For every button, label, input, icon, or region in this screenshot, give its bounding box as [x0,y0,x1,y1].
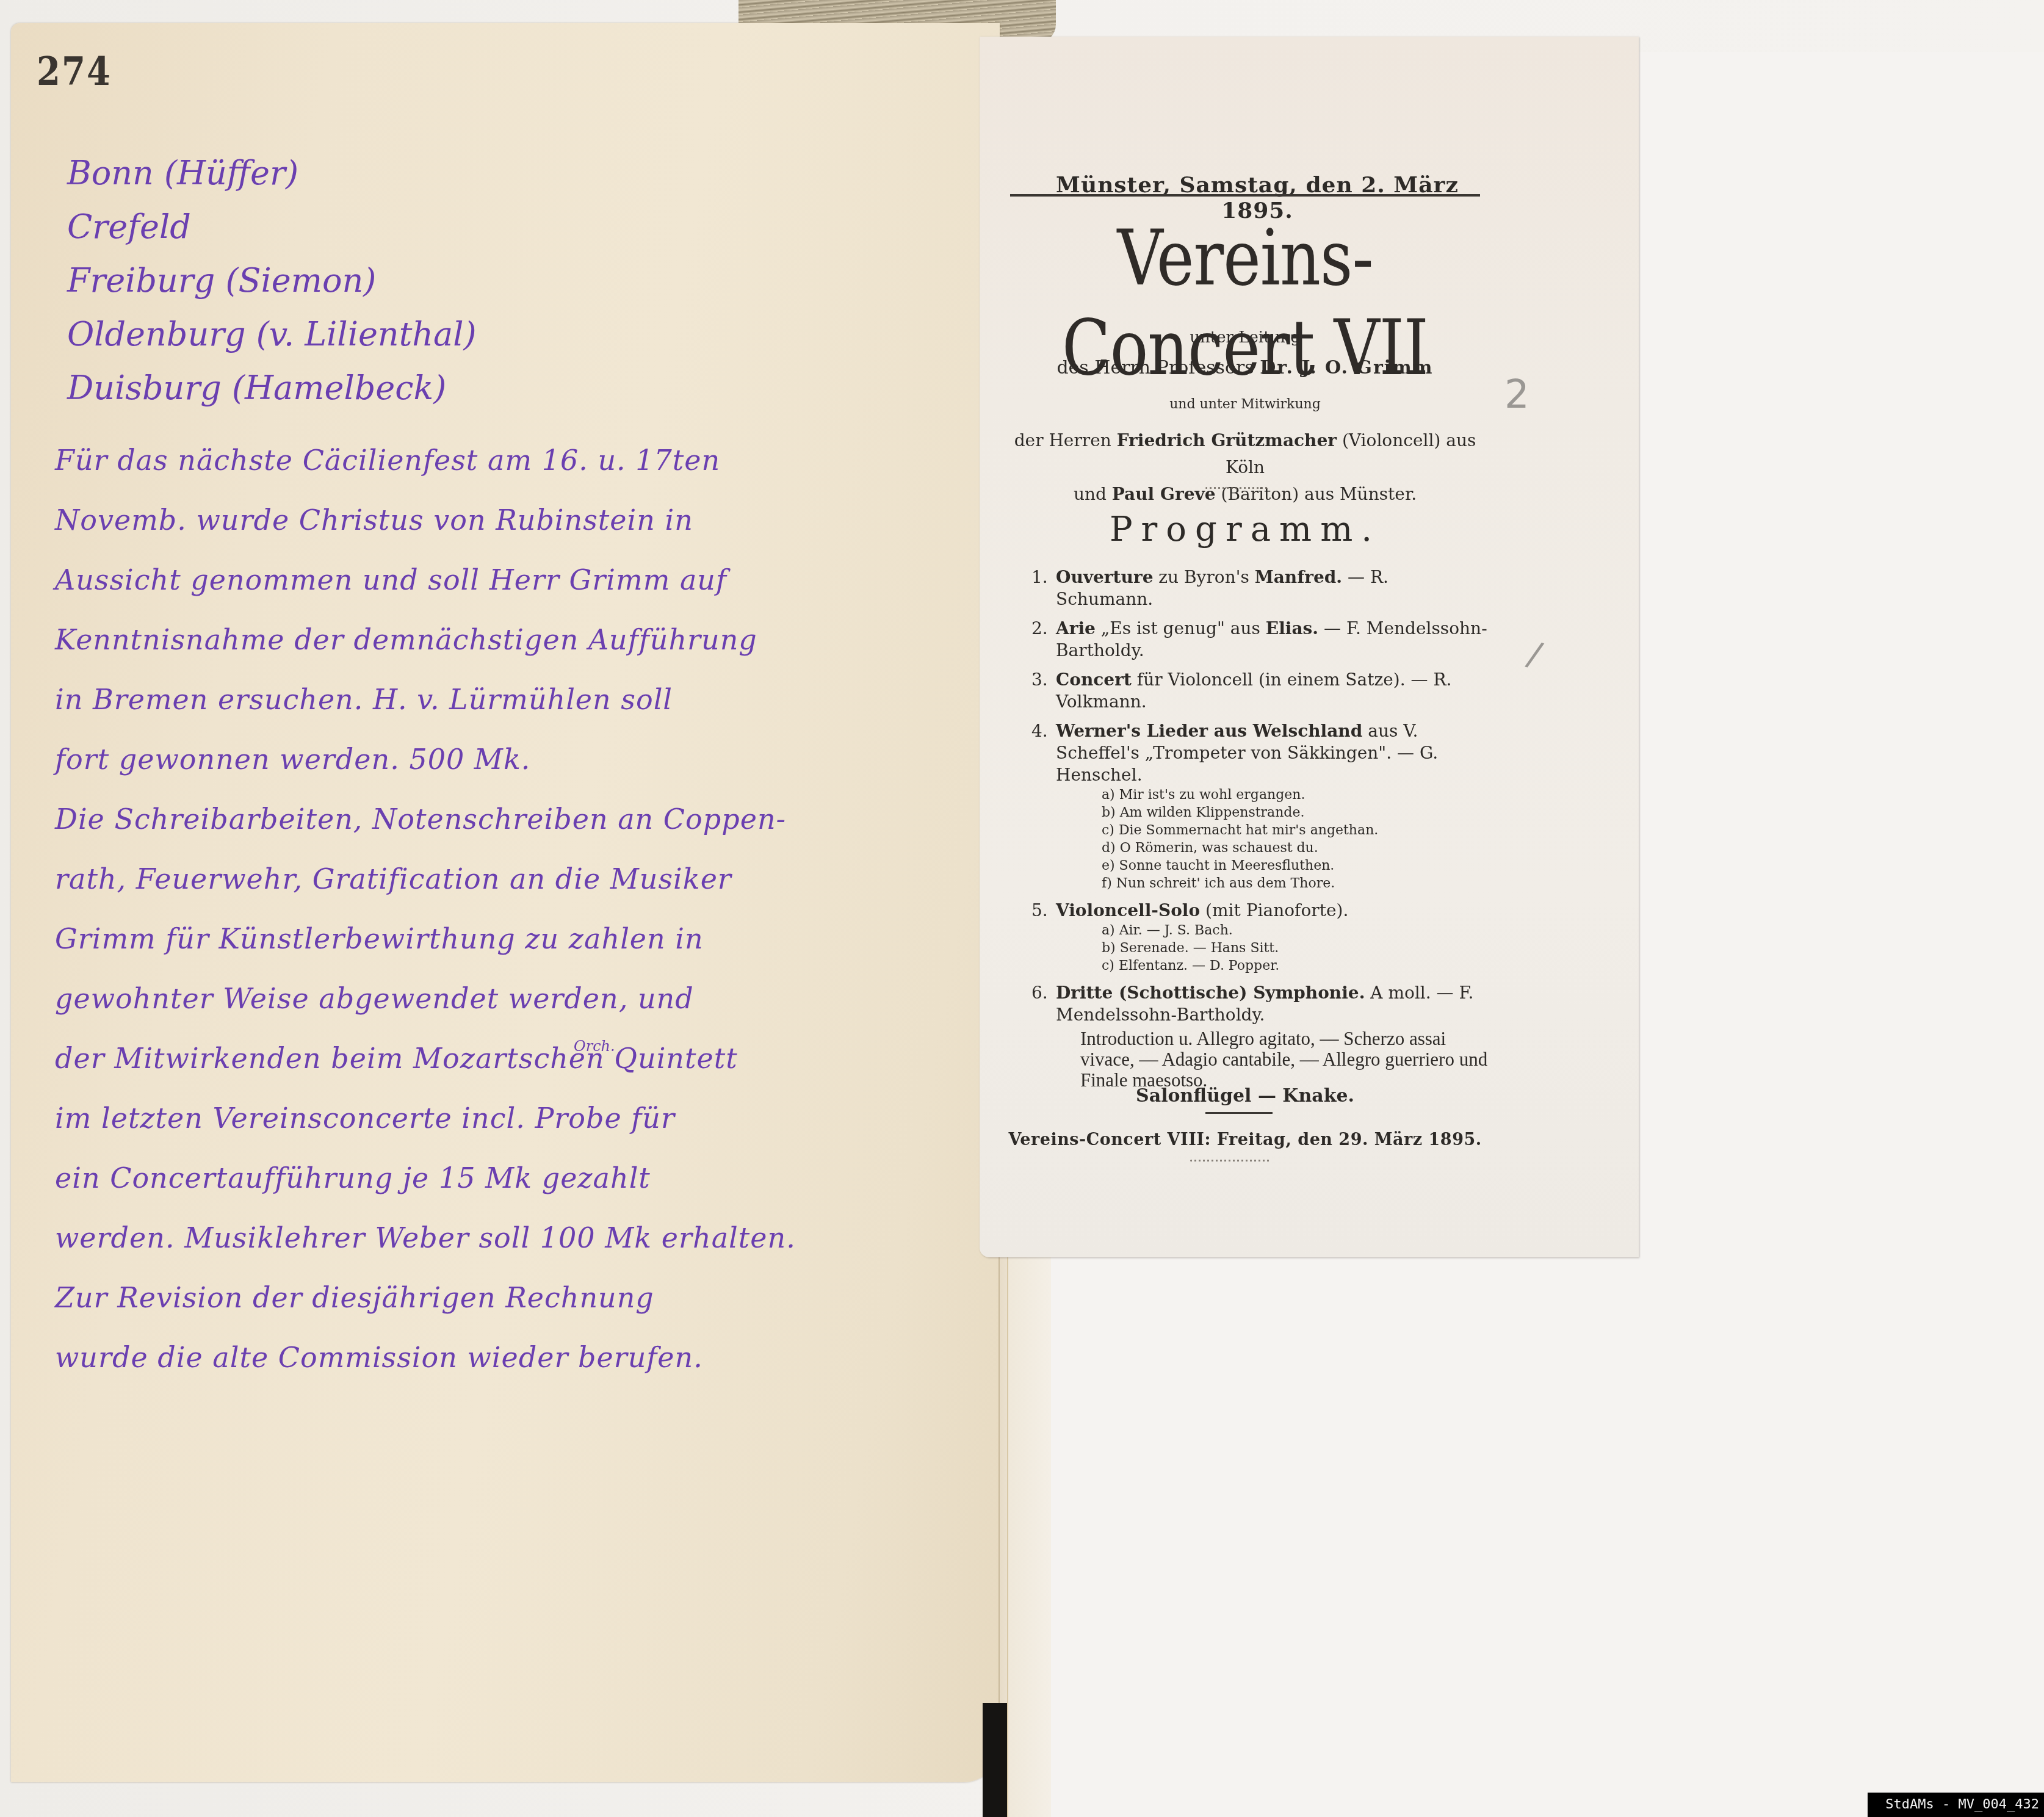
conductor-prefix: des Herrn Professors [1056,357,1254,378]
item-number: 6. [1031,982,1048,1004]
handwritten-body-line: gewohnter Weise abgewendet werden, und [55,969,796,1028]
song-item: f) Nun schreit' ich aus dem Thore. [1102,875,1489,892]
guest-line-1: der Herren Friedrich Grützmacher (Violon… [1007,427,1483,481]
song-item: c) Die Sommernacht hat mir's angethan. [1102,822,1489,839]
handwritten-list-line: Crefeld [67,200,477,254]
solo-piece: a) Air. — J. S. Bach. [1102,922,1489,939]
handwritten-body-line: Kenntnisnahme der demnächstigen Aufführu… [55,610,796,670]
ornamental-divider [1205,487,1269,489]
item-number: 4. [1031,720,1048,742]
solo-piece: c) Elfentanz. — D. Popper. [1102,957,1489,975]
interlinear-annotation: Orch. [574,1038,615,1055]
handwritten-body-line: Zur Revision der diesjährigen Rechnung [55,1268,796,1328]
ornamental-divider [1190,1160,1269,1161]
item-work: Manfred. [1255,567,1342,587]
song-item: e) Sonne taucht in Meeresfluthen. [1102,857,1489,875]
guest-name: Paul Greve [1112,484,1216,504]
guest-prefix: und [1074,484,1107,504]
item-title: Arie [1056,618,1096,638]
item-work: Elias. [1266,618,1318,638]
handwritten-body-line: wurde die alte Commission wieder berufen… [55,1328,796,1387]
guest-prefix: der Herren [1014,430,1111,450]
guest-line-2: und Paul Greve (Bariton) aus Münster. [1007,481,1483,508]
handwritten-list-line: Duisburg (Hamelbeck) [67,361,477,415]
page-number: 274 [37,48,112,95]
program-item: 1. Ouverture zu Byron's Manfred. — R. Sc… [1031,566,1489,610]
item-number: 5. [1031,900,1048,922]
item-title: Ouverture [1056,567,1153,587]
handwritten-body-line: ein Concertaufführung je 15 Mk gezahlt [55,1148,796,1208]
handwritten-body-line: Für das nächste Cäcilienfest am 16. u. 1… [55,430,796,490]
handwritten-minutes-text: Für das nächste Cäcilienfest am 16. u. 1… [55,430,796,1387]
song-list: a) Mir ist's zu wohl ergangen. b) Am wil… [1056,786,1489,892]
handwritten-list-line: Bonn (Hüffer) [67,146,477,200]
item-text: A moll. [1370,983,1431,1003]
item-number: 2. [1031,618,1048,640]
conductor-line: des Herrn Professors Dr. J. O. Grimm [1007,357,1483,378]
divider-rule-short [1205,1112,1273,1114]
divider-rule [1010,194,1480,197]
symphony-movements: Introduction u. Allegro agitato, — Scher… [1056,1028,1489,1091]
direction-label: unter Leitung [1007,328,1483,347]
program-items: 1. Ouverture zu Byron's Manfred. — R. Sc… [1031,566,1489,1098]
item-number: 3. [1031,669,1048,691]
handwritten-body-line: im letzten Vereinsconcerte incl. Probe f… [55,1088,796,1148]
handwritten-list-line: Freiburg (Siemon) [67,254,477,308]
song-item: a) Mir ist's zu wohl ergangen. [1102,786,1489,804]
handwritten-body-line: Die Schreibarbeiten, Notenschreiben an C… [55,789,796,849]
handwritten-list-line: Oldenburg (v. Lilienthal) [67,308,477,361]
item-text: „Es ist genug" aus [1101,618,1260,638]
archive-reference-label: StdAMs - MV_004_432 [1868,1793,2044,1817]
item-number: 1. [1031,566,1048,588]
item-title: Werner's Lieder aus Welschland [1056,721,1362,741]
handwritten-body-line: Novemb. wurde Christus von Rubinstein in [55,490,796,550]
program-item: 6. Dritte (Schottische) Symphonie. A mol… [1031,982,1489,1091]
handwritten-body-line: in Bremen ersuchen. H. v. Lürmühlen soll [55,670,796,729]
inner-page-edge [1007,1233,1051,1817]
handwritten-body-line: Grimm für Künstlerbewirthung zu zahlen i… [55,909,796,969]
handwritten-body-line: werden. Musiklehrer Weber soll 100 Mk er… [55,1208,796,1268]
handwritten-body-line: Aussicht genommen und soll Herr Grimm au… [55,550,796,610]
handwritten-body-line: fort gewonnen werden. 500 Mk. [55,729,796,789]
item-title: Violoncell-Solo [1056,900,1200,920]
next-concert-note: Vereins-Concert VIII: Freitag, den 29. M… [1007,1130,1483,1149]
item-title: Concert [1056,670,1132,690]
program-item: 2. Arie „Es ist genug" aus Elias. — F. M… [1031,618,1489,662]
program-item: 3. Concert für Violoncell (in einem Satz… [1031,669,1489,713]
item-text: (mit Pianoforte). [1205,900,1348,920]
song-item: d) O Römerin, was schauest du. [1102,839,1489,857]
solo-piece: b) Serenade. — Hans Sitt. [1102,939,1489,957]
program-item: 4. Werner's Lieder aus Welschland aus V.… [1031,720,1489,892]
program-item: 5. Violoncell-Solo (mit Pianoforte). a) … [1031,900,1489,975]
cooperation-label: und unter Mitwirkung [1007,397,1483,412]
solo-piece-list: a) Air. — J. S. Bach. b) Serenade. — Han… [1056,922,1489,975]
guest-performers: der Herren Friedrich Grützmacher (Violon… [1007,427,1483,508]
handwritten-body-line: rath, Feuerwehr, Gratification an die Mu… [55,849,796,909]
program-heading: Programm. [1007,510,1483,549]
guest-name: Friedrich Grützmacher [1117,430,1337,450]
song-item: b) Am wilden Klippenstrande. [1102,804,1489,822]
item-title: Dritte (Schottische) Symphonie. [1056,983,1365,1003]
piano-note: Salonflügel — Knake. [1007,1085,1483,1107]
handwritten-body-line: der Mitwirkenden beim Mozartschen Quinte… [55,1028,796,1088]
handwritten-city-list: Bonn (Hüffer) Crefeld Freiburg (Siemon) … [67,146,477,415]
item-text: für Violoncell (in einem Satze). [1137,670,1406,690]
conductor-name: Dr. J. O. Grimm [1260,357,1433,378]
pencil-mark: 2 [1504,372,1529,417]
item-text: zu Byron's [1158,567,1249,587]
